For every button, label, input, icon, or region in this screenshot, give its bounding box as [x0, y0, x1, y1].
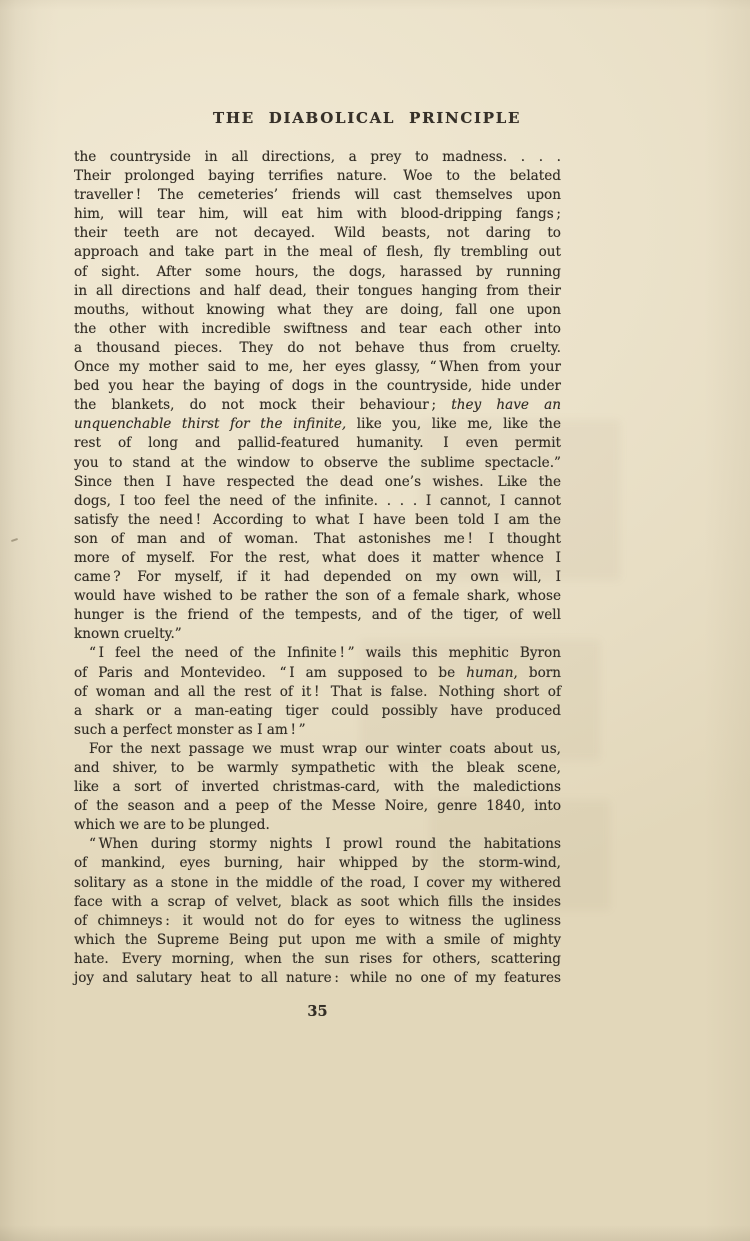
text-segment: hate. Every morning, when the sun rises …	[74, 951, 561, 967]
italic-text-segment: they have an	[451, 397, 561, 413]
body-text: the countryside in all directions, a pre…	[74, 148, 561, 988]
text-segment: more of myself. For the rest, what does …	[74, 550, 561, 566]
text-segment: you to stand at the window to observe th…	[74, 455, 561, 471]
text-line: satisfy the need ! According to what I h…	[74, 511, 561, 530]
text-segment: their teeth are not decayed. Wild beasts…	[74, 225, 561, 241]
text-line: rest of long and pallid-featured humanit…	[74, 434, 561, 453]
text-line: Once my mother said to me, her eyes glas…	[74, 358, 561, 377]
running-head: THE DIABOLICAL PRINCIPLE	[213, 109, 521, 127]
text-line: their teeth are not decayed. Wild beasts…	[74, 224, 561, 243]
italic-text-segment: human	[466, 665, 513, 681]
text-line: mouths, without knowing what they are do…	[74, 301, 561, 320]
text-segment: , born	[514, 665, 562, 681]
text-segment: of mankind, eyes burning, hair whipped b…	[74, 855, 561, 871]
text-segment: in all directions and half dead, their t…	[74, 283, 561, 299]
text-segment: of woman and all the rest of it ! That i…	[74, 684, 561, 700]
text-segment: such a perfect monster as I am ! ”	[74, 722, 306, 738]
text-line: Their prolonged baying terrifies nature.…	[74, 167, 561, 186]
italic-text-segment: unquenchable thirst for the infinite,	[74, 416, 346, 432]
text-segment: like a sort of inverted christmas-card, …	[74, 779, 561, 795]
text-segment: of sight. After some hours, the dogs, ha…	[74, 264, 561, 280]
text-line: and shiver, to be warmly sympathetic wit…	[74, 759, 561, 778]
text-line: of the season and a peep of the Messe No…	[74, 797, 561, 816]
text-segment: of the season and a peep of the Messe No…	[74, 798, 561, 814]
text-line: of mankind, eyes burning, hair whipped b…	[74, 854, 561, 873]
text-line: him, will tear him, will eat him with bl…	[74, 205, 561, 224]
text-segment: which the Supreme Being put upon me with…	[74, 932, 561, 948]
text-segment: the other with incredible swiftness and …	[74, 321, 561, 337]
text-segment: son of man and of woman. That astonishes…	[74, 531, 561, 547]
text-line: the countryside in all directions, a pre…	[74, 148, 561, 167]
text-segment: “ I feel the need of the Infinite ! ” wa…	[89, 645, 561, 661]
page-top-shading	[0, 0, 750, 10]
text-segment: For the next passage we must wrap our wi…	[89, 741, 561, 757]
book-page: THE DIABOLICAL PRINCIPLE the countryside…	[0, 0, 750, 1241]
text-segment: of Paris and Montevideo. “ I am supposed…	[74, 665, 466, 681]
text-segment: Once my mother said to me, her eyes glas…	[74, 359, 561, 375]
text-segment: solitary as a stone in the middle of the…	[74, 875, 561, 891]
text-segment: came ? For myself, if it had depended on…	[74, 569, 561, 585]
text-line: For the next passage we must wrap our wi…	[74, 740, 561, 759]
text-line: like a sort of inverted christmas-card, …	[74, 778, 561, 797]
text-line: of Paris and Montevideo. “ I am supposed…	[74, 664, 561, 683]
text-line: known cruelty.”	[74, 625, 561, 644]
text-line: bed you hear the baying of dogs in the c…	[74, 377, 561, 396]
text-line: of sight. After some hours, the dogs, ha…	[74, 263, 561, 282]
text-line: a thousand pieces. They do not behave th…	[74, 339, 561, 358]
text-line: which the Supreme Being put upon me with…	[74, 931, 561, 950]
text-segment: Their prolonged baying terrifies nature.…	[74, 168, 561, 184]
page-number: 35	[74, 1003, 561, 1020]
text-line: the other with incredible swiftness and …	[74, 320, 561, 339]
text-line: of woman and all the rest of it ! That i…	[74, 683, 561, 702]
text-line: face with a scrap of velvet, black as so…	[74, 893, 561, 912]
text-segment: traveller ! The cemeteries’ friends will…	[74, 187, 561, 203]
text-line: son of man and of woman. That astonishes…	[74, 530, 561, 549]
text-line: solitary as a stone in the middle of the…	[74, 874, 561, 893]
text-line: approach and take part in the meal of fl…	[74, 243, 561, 262]
text-line: traveller ! The cemeteries’ friends will…	[74, 186, 561, 205]
text-segment: which we are to be plunged.	[74, 817, 270, 833]
text-line: Since then I have respected the dead one…	[74, 473, 561, 492]
text-line: in all directions and half dead, their t…	[74, 282, 561, 301]
text-line: came ? For myself, if it had depended on…	[74, 568, 561, 587]
text-segment: a thousand pieces. They do not behave th…	[74, 340, 561, 356]
text-segment: like you, like me, like the	[346, 416, 561, 432]
text-segment: rest of long and pallid-featured humanit…	[74, 435, 561, 451]
text-segment: known cruelty.”	[74, 626, 182, 642]
text-segment: the countryside in all directions, a pre…	[74, 149, 561, 165]
text-line: joy and salutary heat to all nature : wh…	[74, 969, 561, 988]
text-segment: bed you hear the baying of dogs in the c…	[74, 378, 561, 394]
text-segment: would have wished to be rather the son o…	[74, 588, 561, 604]
text-segment: the blankets, do not mock their behaviou…	[74, 397, 451, 413]
text-line: “ When during stormy nights I prowl roun…	[74, 835, 561, 854]
text-segment: face with a scrap of velvet, black as so…	[74, 894, 561, 910]
text-segment: approach and take part in the meal of fl…	[74, 244, 561, 260]
text-segment: hunger is the friend of the tempests, an…	[74, 607, 561, 623]
text-line: unquenchable thirst for the infinite, li…	[74, 415, 561, 434]
text-segment: satisfy the need ! According to what I h…	[74, 512, 561, 528]
text-segment: a shark or a man-eating tiger could poss…	[74, 703, 561, 719]
text-line: “ I feel the need of the Infinite ! ” wa…	[74, 644, 561, 663]
text-line: such a perfect monster as I am ! ”	[74, 721, 561, 740]
text-segment: Since then I have respected the dead one…	[74, 474, 561, 490]
text-line: of chimneys : it would not do for eyes t…	[74, 912, 561, 931]
text-line: more of myself. For the rest, what does …	[74, 549, 561, 568]
page-bottom-shading	[0, 1225, 750, 1241]
text-segment: mouths, without knowing what they are do…	[74, 302, 561, 318]
page-left-shading	[0, 0, 60, 1241]
text-segment: dogs, I too feel the need of the infinit…	[74, 493, 561, 509]
text-segment: of chimneys : it would not do for eyes t…	[74, 913, 561, 929]
text-line: would have wished to be rather the son o…	[74, 587, 561, 606]
text-line: which we are to be plunged.	[74, 816, 561, 835]
text-line: the blankets, do not mock their behaviou…	[74, 396, 561, 415]
text-segment: and shiver, to be warmly sympathetic wit…	[74, 760, 561, 776]
paper-speck	[11, 538, 18, 542]
page-right-shading	[704, 0, 750, 1241]
text-line: dogs, I too feel the need of the infinit…	[74, 492, 561, 511]
text-segment: joy and salutary heat to all nature : wh…	[74, 970, 561, 986]
text-segment: him, will tear him, will eat him with bl…	[74, 206, 561, 222]
text-line: you to stand at the window to observe th…	[74, 454, 561, 473]
text-line: hate. Every morning, when the sun rises …	[74, 950, 561, 969]
text-line: a shark or a man-eating tiger could poss…	[74, 702, 561, 721]
text-line: hunger is the friend of the tempests, an…	[74, 606, 561, 625]
text-segment: “ When during stormy nights I prowl roun…	[89, 836, 561, 852]
